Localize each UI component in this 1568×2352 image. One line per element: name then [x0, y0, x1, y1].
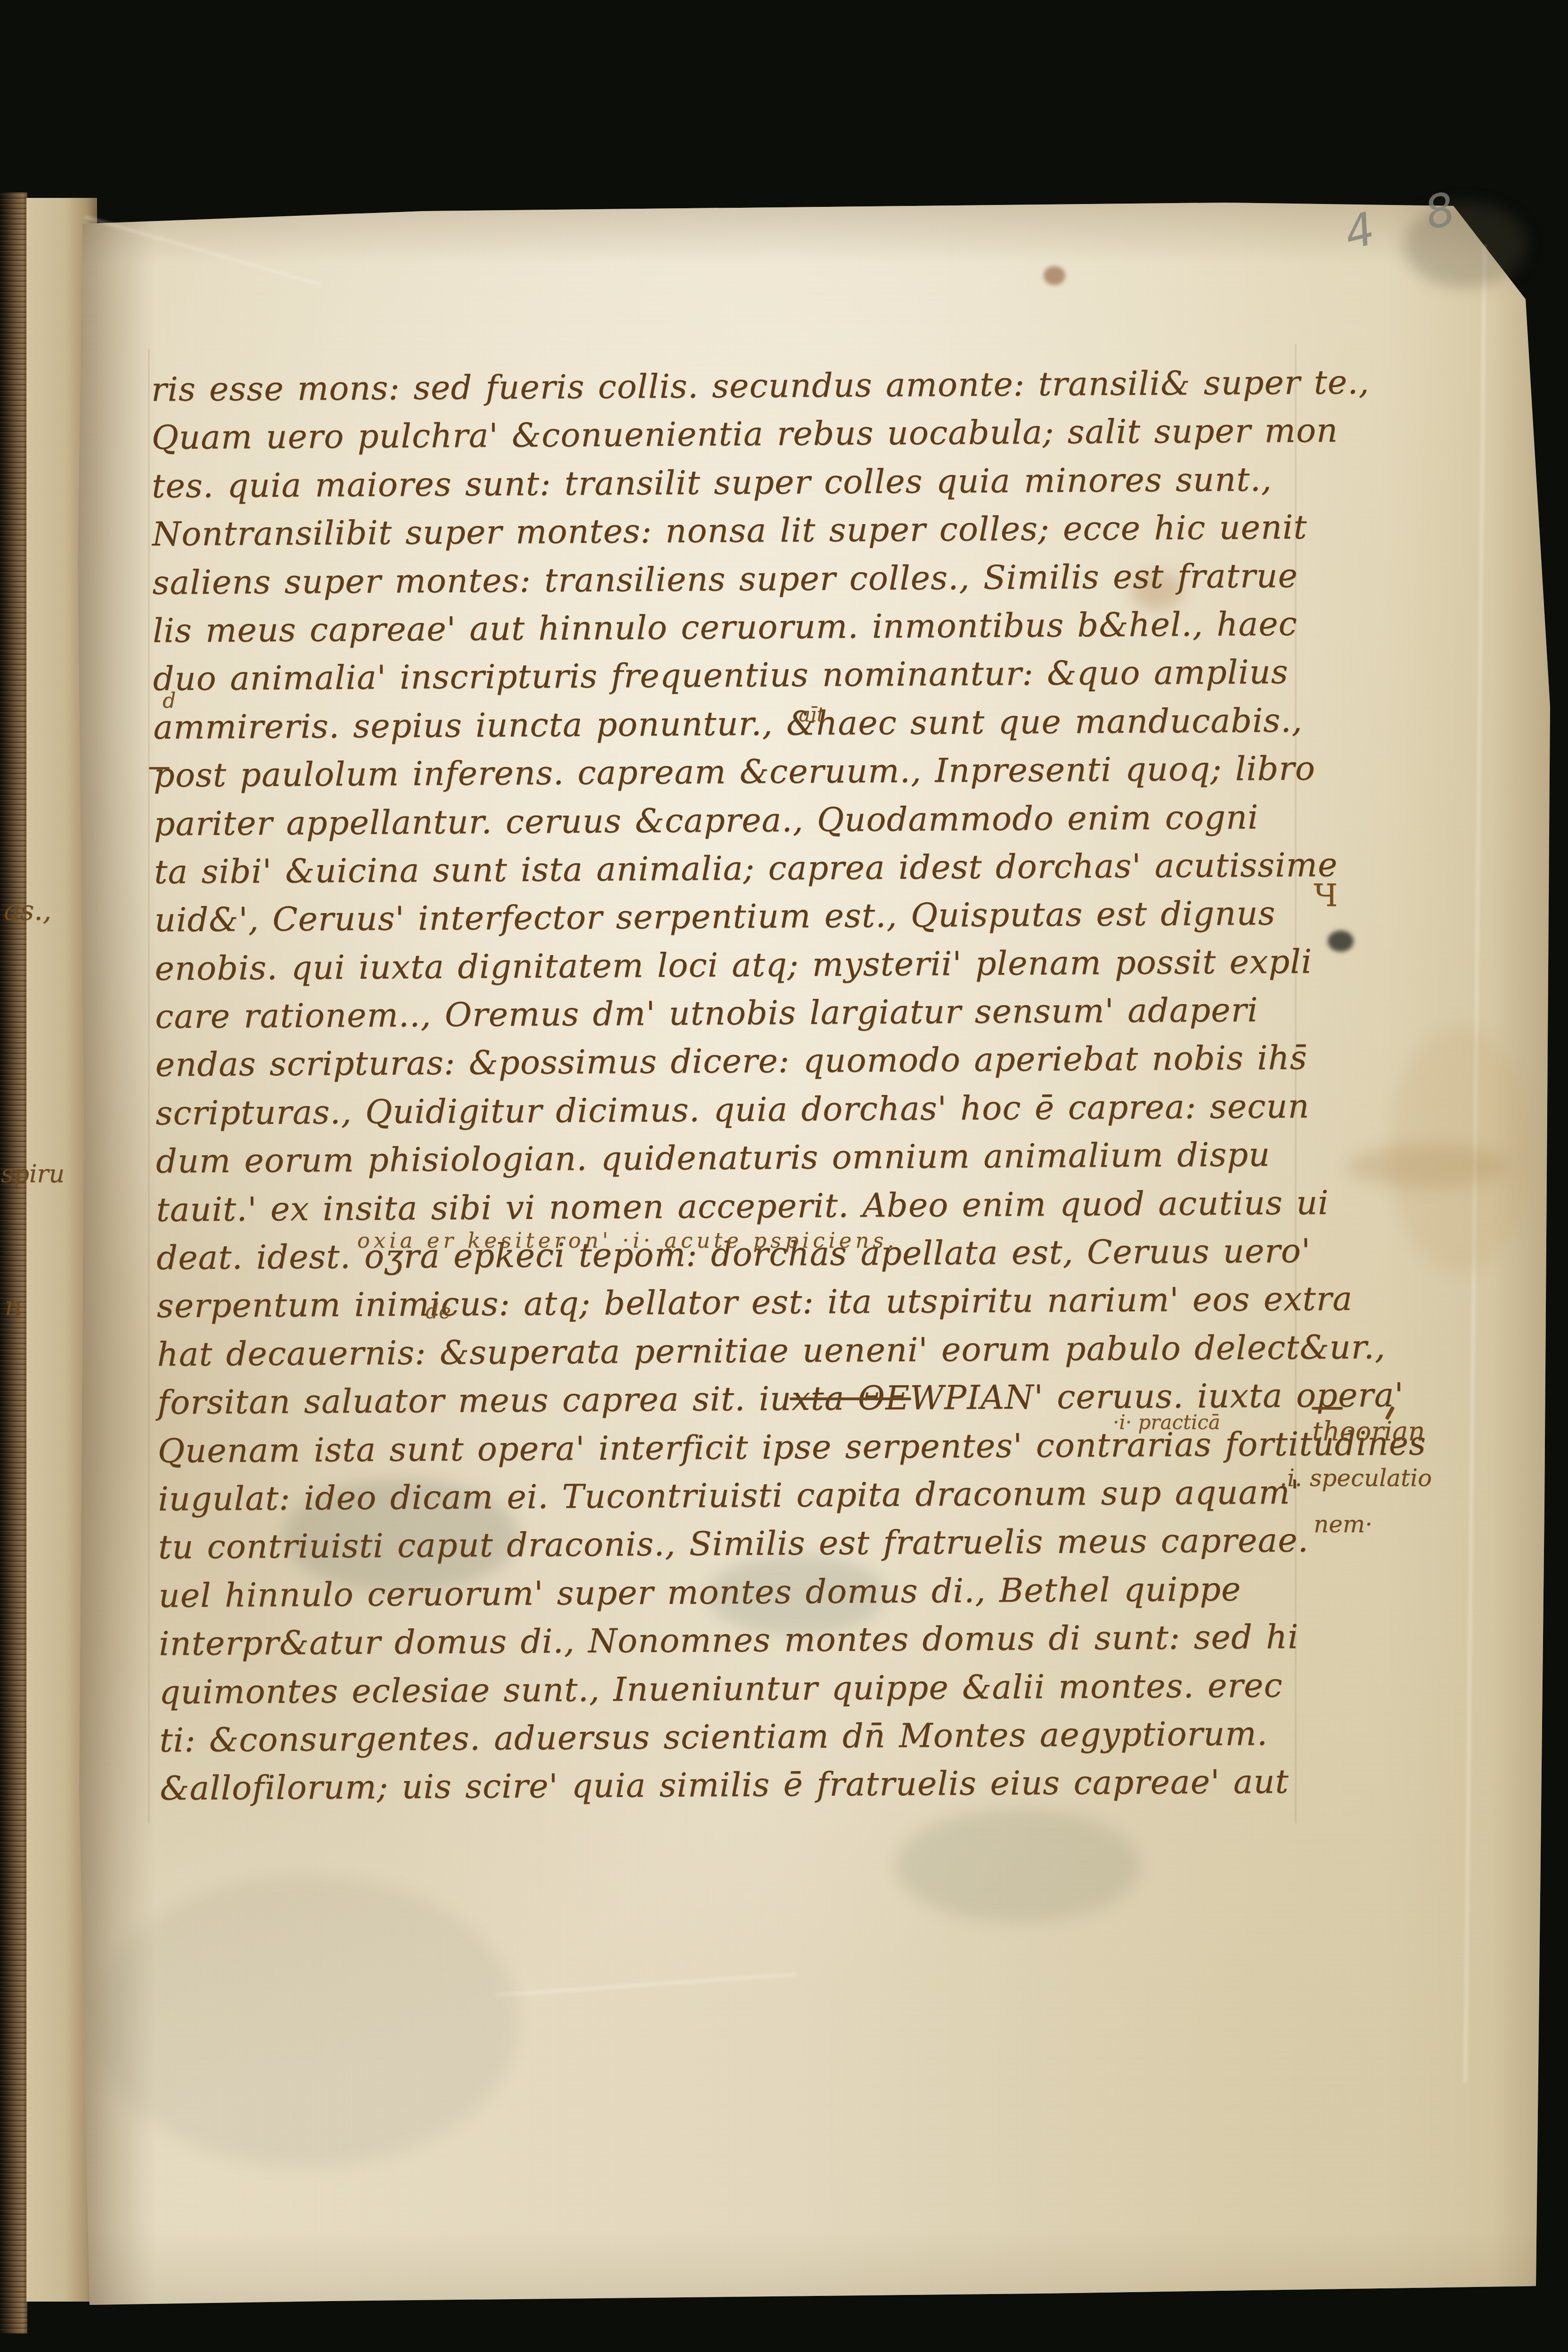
margin-note-macron — [1312, 1407, 1343, 1410]
manuscript-line: Nontransilibit super montes: nonsa lit s… — [152, 503, 1340, 558]
greek-word-overline — [790, 1397, 911, 1400]
gutter-text-fragment: as., — [4, 894, 51, 926]
ruling-line — [148, 349, 150, 1823]
manuscript-line: uel hinnulo ceruorum' super montes domus… — [158, 1564, 1346, 1620]
manuscript-line: tauit.' ex insita sibi vi nomen acceperi… — [156, 1178, 1344, 1234]
book-spine-edge — [0, 192, 27, 2334]
manuscript-line: ammireris. sepius iuncta ponuntur., &hae… — [153, 696, 1341, 751]
interlinear-gloss: aīt — [799, 703, 825, 726]
manuscript-line: interpr&atur domus di., Nonomnes montes … — [159, 1612, 1347, 1668]
manuscript-line: duo animalia' inscripturis frequentius n… — [153, 648, 1340, 703]
manuscript-line: lis meus capreae' aut hinnulo ceruorum. … — [153, 599, 1340, 655]
interlinear-gloss: d — [163, 689, 176, 713]
manuscript-line: Quam uero pulchra' &conuenientia rebus u… — [151, 407, 1339, 462]
manuscript-line: pariter appellantur. ceruus &caprea., Qu… — [154, 792, 1341, 848]
manuscript-line: quimontes eclesiae sunt., Inueniuntur qu… — [159, 1661, 1347, 1716]
manuscript-line: tes. quia maiores sunt: transilit super … — [152, 455, 1339, 510]
gutter-text-fragment: n — [5, 1291, 22, 1322]
stain — [94, 1875, 518, 2167]
manuscript-line: saliens super montes: transiliens super … — [152, 551, 1340, 607]
stain — [1044, 266, 1065, 285]
margin-note: theorian — [1312, 1416, 1425, 1447]
manuscript-line: uid&', Ceruus' interfector serpentium es… — [155, 889, 1342, 945]
manuscript-line: enobis. qui iuxta dignitatem loci atq; m… — [155, 937, 1342, 993]
margin-note: .i. speculatio — [1280, 1464, 1432, 1492]
manuscript-line: care rationem.., Oremus dm' utnobis larg… — [155, 985, 1343, 1041]
text-block: ris esse mons: sed fueris collis. secund… — [151, 358, 1347, 1813]
margin-note: nem· — [1314, 1511, 1372, 1538]
manuscript-photo: { "manuscript": { "lines": [ "ris esse m… — [0, 0, 1568, 2352]
stain — [1347, 1145, 1508, 1187]
interlinear-greek-gloss: oxia er kesiteron' ·i· acute pspiciens. — [357, 1228, 898, 1253]
manuscript-line: ta sibi' &uicina sunt ista animalia; cap… — [154, 841, 1342, 896]
manuscript-line: post paulolum inferens. capream &ceruum.… — [154, 744, 1341, 800]
manuscript-line: tu contriuisti caput draconis., Similis … — [158, 1516, 1346, 1572]
interlinear-gloss: de — [425, 1299, 451, 1323]
stain — [895, 1809, 1140, 1922]
manuscript-line: ris esse mons: sed fueris collis. secund… — [151, 358, 1339, 414]
manuscript-line: endas scripturas: &possimus dicere: quom… — [155, 1034, 1343, 1089]
correction-underline — [149, 767, 170, 769]
gutter-text-fragment: spiru — [1, 1160, 65, 1188]
interlinear-gloss: ·i· practicā — [1113, 1411, 1220, 1434]
manuscript-line: hat decauernis: &superata pernitiae uene… — [157, 1323, 1345, 1379]
manuscript-line: iugulat: ideo dicam ei. Tucontriuisti ca… — [158, 1468, 1346, 1523]
margin-quire-mark: Ч — [1314, 877, 1338, 914]
manuscript-line: &allofilorum; uis scire' quia similis ē … — [160, 1757, 1347, 1813]
manuscript-line: serpentum inimicus: atq; bellator est: i… — [157, 1275, 1345, 1331]
manuscript-line: scripturas., Quidigitur dicimus. quia do… — [155, 1082, 1343, 1137]
manuscript-line: ti: &consurgentes. aduersus scientiam dn… — [159, 1709, 1347, 1764]
manuscript-line: dum eorum phisiologian. quidenaturis omn… — [156, 1130, 1344, 1186]
